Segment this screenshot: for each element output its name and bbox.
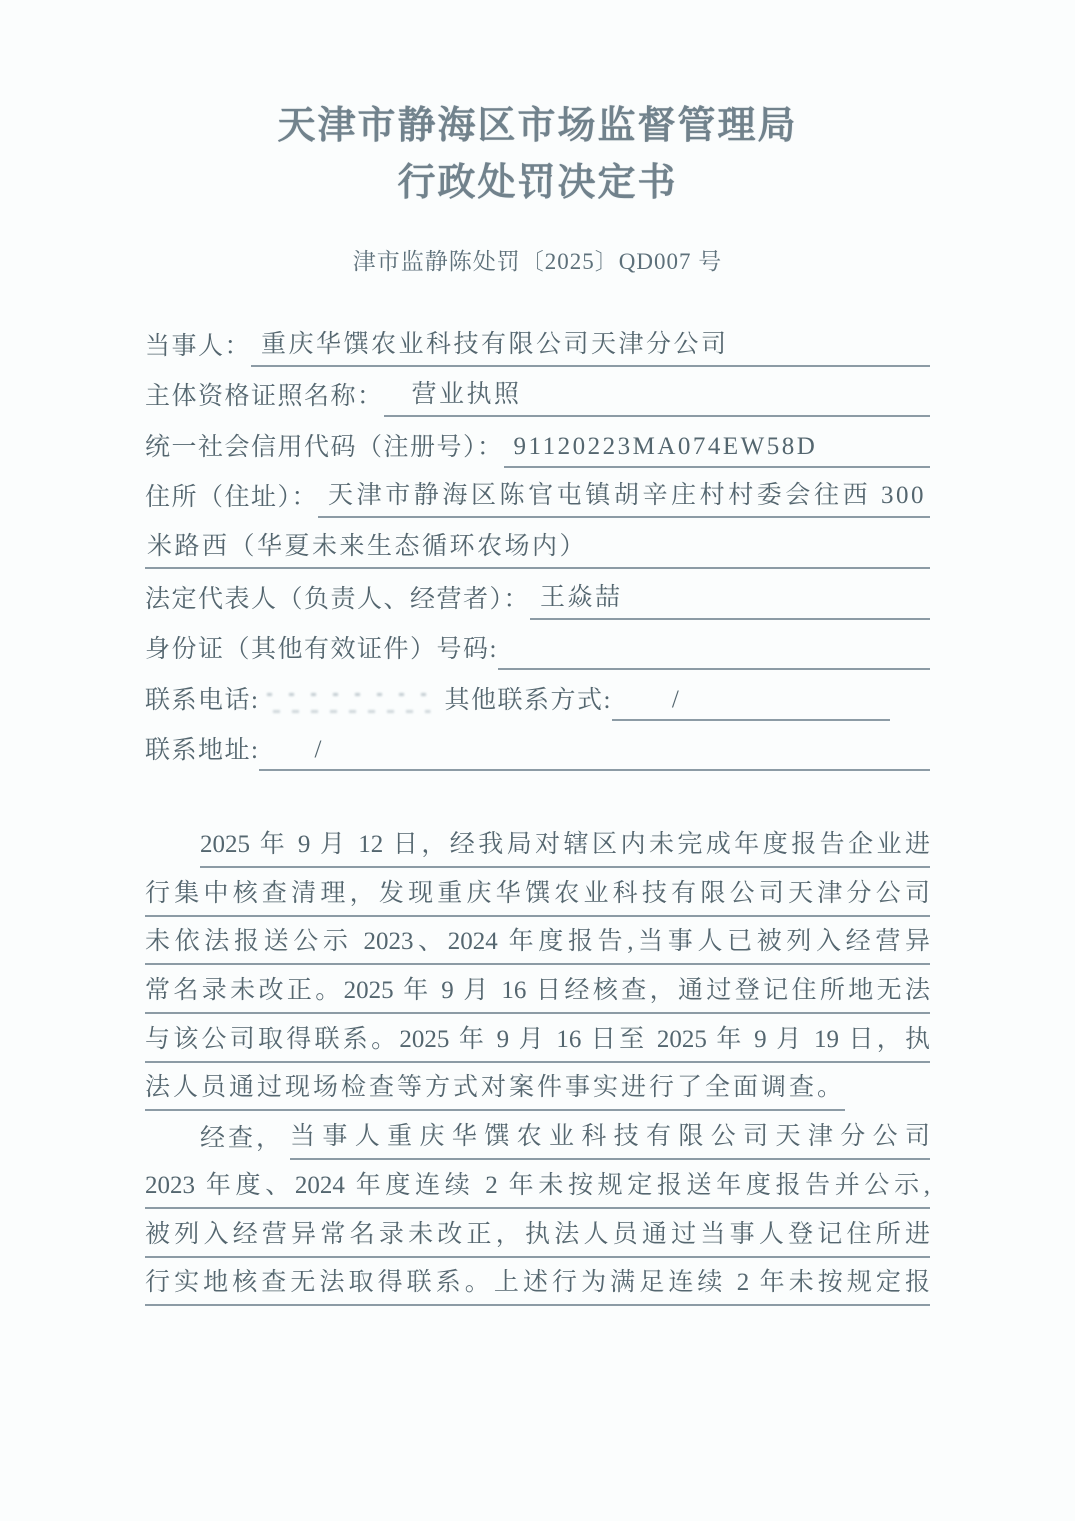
paragraph2-line1-text: 当事人重庆华馔农业科技有限公司天津分公司 xyxy=(290,1116,930,1160)
paragraph1-line6-text: 法人员通过现场检查等方式对案件事实进行了全面调查。 xyxy=(145,1067,845,1111)
title-line-2: 行政处罚决定书 xyxy=(145,155,930,212)
paragraph1-line3-text: 未依法报送公示 2023、2024 年度报告,当事人已被列入经营异 xyxy=(145,921,930,965)
address-value-line1: 天津市静海区陈官屯镇胡辛庄村村委会往西 300 xyxy=(318,475,930,518)
party-info-section: 当事人： 重庆华馔农业科技有限公司天津分公司 主体资格证照名称： 营业执照 统一… xyxy=(145,316,930,771)
legal-rep-value: 王焱喆 xyxy=(530,577,930,620)
paragraph2-line3: 被列入经营异常名录未改正，执法人员通过当事人登记住所进 xyxy=(145,1209,930,1258)
paragraph1-line1: 2025 年 9 月 12 日，经我局对辖区内未完成年度报告企业进 xyxy=(145,819,930,868)
field-row-address: 住所（住址）： 天津市静海区陈官屯镇胡辛庄村村委会往西 300 xyxy=(145,468,930,519)
field-row-legal-rep: 法定代表人（负责人、经营者）： 王焱喆 xyxy=(145,569,930,620)
field-row-id-number: 身份证（其他有效证件）号码: xyxy=(145,620,930,671)
phone-number-redacted xyxy=(265,689,440,717)
paragraph2-line4: 行实地核查无法取得联系。上述行为满足连续 2 年未按规定报 xyxy=(145,1258,930,1307)
id-number-value xyxy=(498,663,930,670)
field-row-contacts: 联系电话: 其他联系方式: / xyxy=(145,670,930,721)
penalty-decision-document: 天津市静海区市场监督管理局 行政处罚决定书 津市监静陈处罚〔2025〕QD007… xyxy=(0,0,1075,1521)
other-contact-value: / xyxy=(612,686,890,721)
title-line-1: 天津市静海区市场监督管理局 xyxy=(145,98,930,155)
paragraph1-line6: 法人员通过现场检查等方式对案件事实进行了全面调查。 xyxy=(145,1063,930,1112)
paragraph2-line2-text: 2023 年度、2024 年度连续 2 年未按规定报送年度报告并公示, xyxy=(145,1165,930,1209)
paragraph2-intro-text: 经查， xyxy=(200,1118,290,1160)
field-row-contact-address: 联系地址: / xyxy=(145,721,930,772)
other-contact-label: 其他联系方式: xyxy=(444,680,611,721)
field-row-license: 主体资格证照名称： 营业执照 xyxy=(145,367,930,418)
address-label: 住所（住址）： xyxy=(145,477,318,518)
paragraph1-line1-text: 2025 年 9 月 12 日，经我局对辖区内未完成年度报告企业进 xyxy=(200,824,930,868)
paragraph1-line4-text: 常名录未改正。2025 年 9 月 16 日经核查，通过登记住所地无法 xyxy=(145,970,930,1014)
party-value: 重庆华馔农业科技有限公司天津分公司 xyxy=(251,324,930,367)
legal-rep-label: 法定代表人（负责人、经营者）： xyxy=(145,579,530,620)
paragraph1-line2-text: 行集中核查清理，发现重庆华馔农业科技有限公司天津分公司 xyxy=(145,873,930,917)
contact-address-label: 联系地址: xyxy=(145,730,259,771)
document-number: 津市监静陈处罚〔2025〕QD007 号 xyxy=(145,246,930,278)
document-title: 天津市静海区市场监督管理局 行政处罚决定书 xyxy=(145,98,930,212)
paragraph1-line5-text: 与该公司取得联系。2025 年 9 月 16 日至 2025 年 9 月 19 … xyxy=(145,1019,930,1063)
paragraph2-line3-text: 被列入经营异常名录未改正，执法人员通过当事人登记住所进 xyxy=(145,1214,930,1258)
paragraph1-line5: 与该公司取得联系。2025 年 9 月 16 日至 2025 年 9 月 19 … xyxy=(145,1014,930,1063)
paragraph1-line2: 行集中核查清理，发现重庆华馔农业科技有限公司天津分公司 xyxy=(145,868,930,917)
paragraph2-line1: 经查， 当事人重庆华馔农业科技有限公司天津分公司 xyxy=(145,1111,930,1160)
document-body: 2025 年 9 月 12 日，经我局对辖区内未完成年度报告企业进 行集中核查清… xyxy=(145,819,930,1306)
field-row-address-cont: 米路西（华夏未来生态循环农场内） xyxy=(145,518,930,569)
address-value-line2: 米路西（华夏未来生态循环农场内） xyxy=(145,526,930,569)
field-row-credit-code: 统一社会信用代码（注册号）： 91120223MA074EW58D xyxy=(145,417,930,468)
license-label: 主体资格证照名称： xyxy=(145,376,384,417)
license-value: 营业执照 xyxy=(384,374,930,417)
paragraph2-line2: 2023 年度、2024 年度连续 2 年未按规定报送年度报告并公示, xyxy=(145,1160,930,1209)
credit-code-value: 91120223MA074EW58D xyxy=(504,433,930,468)
contact-address-value: / xyxy=(259,736,930,771)
phone-label: 联系电话: xyxy=(145,680,259,721)
id-number-label: 身份证（其他有效证件）号码: xyxy=(145,629,498,670)
paragraph1-line4: 常名录未改正。2025 年 9 月 16 日经核查，通过登记住所地无法 xyxy=(145,965,930,1014)
field-row-party: 当事人： 重庆华馔农业科技有限公司天津分公司 xyxy=(145,316,930,367)
party-label: 当事人： xyxy=(145,326,251,367)
paragraph2-line4-text: 行实地核查无法取得联系。上述行为满足连续 2 年未按规定报 xyxy=(145,1262,930,1306)
credit-code-label: 统一社会信用代码（注册号）： xyxy=(145,427,504,468)
paragraph1-line3: 未依法报送公示 2023、2024 年度报告,当事人已被列入经营异 xyxy=(145,917,930,966)
